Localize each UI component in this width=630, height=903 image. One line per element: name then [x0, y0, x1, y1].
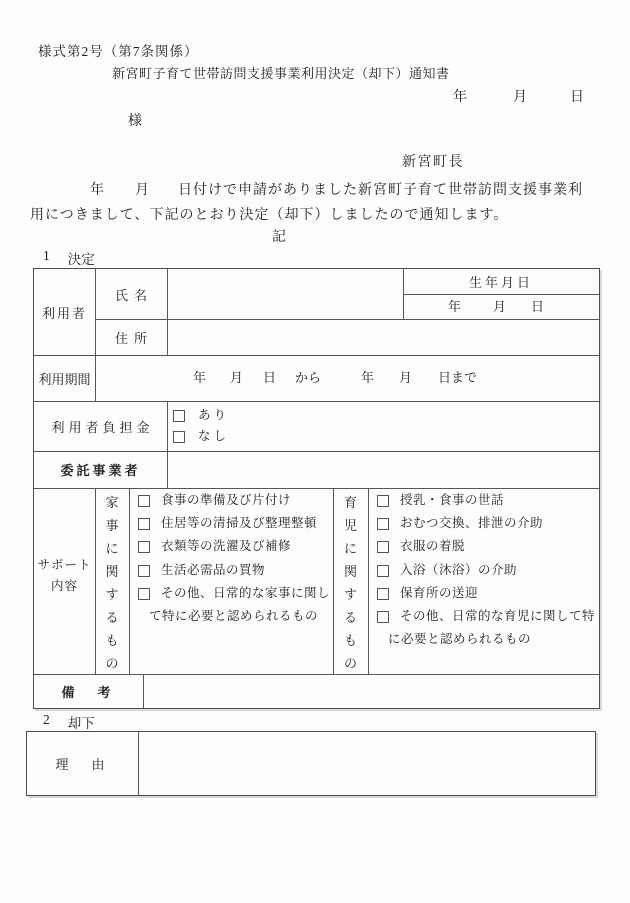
housework-item-4-checkbox[interactable]: [138, 588, 150, 600]
housework-item-0-checkbox[interactable]: [138, 495, 150, 507]
contractor-label: 委託事業者: [34, 451, 167, 488]
period-end-month-label: 月: [399, 355, 412, 401]
period-field[interactable]: 年 月 日 から 年 月 日まで: [95, 355, 599, 401]
childcare-item-1-checkbox[interactable]: [377, 518, 389, 530]
childcare-item: その他、日常的な育児に関して特に必要と認められるもの: [368, 605, 599, 651]
fee-nashi-label: なし: [198, 429, 229, 443]
section-2-heading: 2 却下: [43, 712, 95, 732]
childcare-item-3-label: 入浴（沐浴）の介助: [400, 563, 517, 577]
decision-table: 利用者 氏名 生年月日 年 月 日 住所 利用期間 年 月 日 から 年 月 日…: [33, 268, 600, 709]
housework-item-0-label: 食事の準備及び片付け: [161, 493, 291, 507]
address-field[interactable]: [167, 319, 599, 355]
section-1-title: 決定: [68, 248, 95, 268]
fee-ari-label: あり: [198, 408, 229, 422]
childcare-item-list: 授乳・食事の世話 おむつ交換、排泄の介助 衣服の着脱 入浴（沐浴）の介助 保育所…: [368, 488, 599, 674]
fee-label: 利用者負担金: [34, 401, 167, 451]
birth-label: 生年月日: [403, 269, 599, 294]
period-end-year-label: 年: [361, 355, 374, 401]
section-1-heading: 1 決定: [43, 248, 95, 268]
birth-month-label: 月: [493, 294, 506, 319]
section-2-number: 2: [43, 712, 50, 732]
issue-date-year-label: 年: [453, 88, 467, 108]
period-from-label: から: [295, 355, 321, 401]
childcare-item: 入浴（沐浴）の介助: [368, 559, 599, 582]
fee-ari-checkbox[interactable]: [173, 410, 185, 422]
support-content-label: サポート 内容: [34, 488, 95, 674]
housework-item-list: 食事の準備及び片付け 住居等の清掃及び整理整頓 衣類等の洗濯及び補修 生活必需品…: [129, 488, 333, 674]
name-field[interactable]: [167, 269, 403, 319]
childcare-item-0-label: 授乳・食事の世話: [400, 493, 504, 507]
record-marker: 記: [272, 226, 286, 246]
childcare-item-0-checkbox[interactable]: [377, 495, 389, 507]
fee-options: あり なし: [167, 401, 599, 451]
childcare-item-2-checkbox[interactable]: [377, 541, 389, 553]
housework-item-2-label: 衣類等の洗濯及び補修: [161, 539, 291, 553]
document-page: 様式第2号（第7条関係） 新宮町子育て世帯訪問支援事業利用決定（却下）通知書 年…: [0, 0, 630, 903]
issue-date-day-label: 日: [570, 88, 584, 108]
section-1-number: 1: [43, 248, 50, 268]
housework-item-3-checkbox[interactable]: [138, 565, 150, 577]
section-2-title: 却下: [68, 712, 95, 732]
document-title: 新宮町子育て世帯訪問支援事業利用決定（却下）通知書: [112, 63, 450, 82]
fee-option-ari: あり: [167, 405, 599, 426]
housework-category-vertical-label: 家事に関するもの: [95, 488, 129, 674]
housework-item-2-checkbox[interactable]: [138, 541, 150, 553]
sender-name: 新宮町長: [402, 151, 464, 171]
birth-day-label: 日: [531, 294, 544, 319]
housework-item-3-label: 生活必需品の買物: [161, 563, 265, 577]
user-label: 利用者: [34, 269, 95, 355]
address-label: 住所: [95, 319, 167, 355]
reason-label: 理 由: [27, 732, 138, 795]
period-start-day-label: 日: [263, 355, 276, 401]
childcare-item-3-checkbox[interactable]: [377, 565, 389, 577]
childcare-item-4-checkbox[interactable]: [377, 588, 389, 600]
period-start-month-label: 月: [230, 355, 243, 401]
housework-item: 衣類等の洗濯及び補修: [129, 535, 333, 558]
remarks-label: 備 考: [34, 674, 143, 708]
birth-year-label: 年: [448, 294, 461, 319]
housework-item: 生活必需品の買物: [129, 559, 333, 582]
childcare-item: 衣服の着脱: [368, 535, 599, 558]
childcare-category-vertical-label: 育児に関するもの: [333, 488, 368, 674]
apply-date-month-label: 月: [135, 181, 149, 201]
support-label-line2: 内容: [51, 576, 78, 594]
body-text-line1: 日付けで申請がありました新宮町子育て世帯訪問支援事業利: [178, 181, 583, 201]
childcare-item-2-label: 衣服の着脱: [400, 539, 465, 553]
housework-item: 食事の準備及び片付け: [129, 489, 333, 512]
childcare-item: 保育所の送迎: [368, 582, 599, 605]
support-label-line1: サポート: [37, 555, 91, 573]
childcare-item: おむつ交換、排泄の介助: [368, 512, 599, 535]
addressee-suffix: 様: [128, 110, 142, 130]
housework-item: その他、日常的な家事に関して特に必要と認められるもの: [129, 582, 333, 628]
body-text-line2: 用につきまして、下記のとおり決定（却下）しましたので通知します。: [30, 204, 508, 224]
housework-item-1-checkbox[interactable]: [138, 518, 150, 530]
childcare-item-1-label: おむつ交換、排泄の介助: [400, 516, 543, 530]
fee-option-nashi: なし: [167, 426, 599, 447]
housework-item: 住居等の清掃及び整理整頓: [129, 512, 333, 535]
fee-nashi-checkbox[interactable]: [173, 431, 185, 443]
form-number: 様式第2号（第7条関係）: [38, 40, 199, 60]
childcare-item-5-label: その他、日常的な育児に関して特に必要と認められるもの: [388, 609, 595, 646]
apply-date-year-label: 年: [90, 181, 104, 201]
childcare-item-5-checkbox[interactable]: [377, 611, 389, 623]
contractor-field[interactable]: [167, 451, 599, 488]
rejection-table: 理 由: [26, 731, 596, 796]
remarks-field[interactable]: [143, 674, 599, 708]
childcare-item-4-label: 保育所の送迎: [400, 586, 478, 600]
housework-item-1-label: 住居等の清掃及び整理整頓: [161, 516, 317, 530]
name-label: 氏名: [95, 269, 167, 319]
period-label: 利用期間: [34, 355, 95, 401]
period-start-year-label: 年: [193, 355, 206, 401]
reason-field[interactable]: [138, 732, 595, 795]
housework-item-4-label: その他、日常的な家事に関して特に必要と認められるもの: [149, 586, 330, 623]
issue-date-month-label: 月: [513, 88, 527, 108]
period-until-label: 日まで: [438, 355, 477, 401]
childcare-item: 授乳・食事の世話: [368, 489, 599, 512]
